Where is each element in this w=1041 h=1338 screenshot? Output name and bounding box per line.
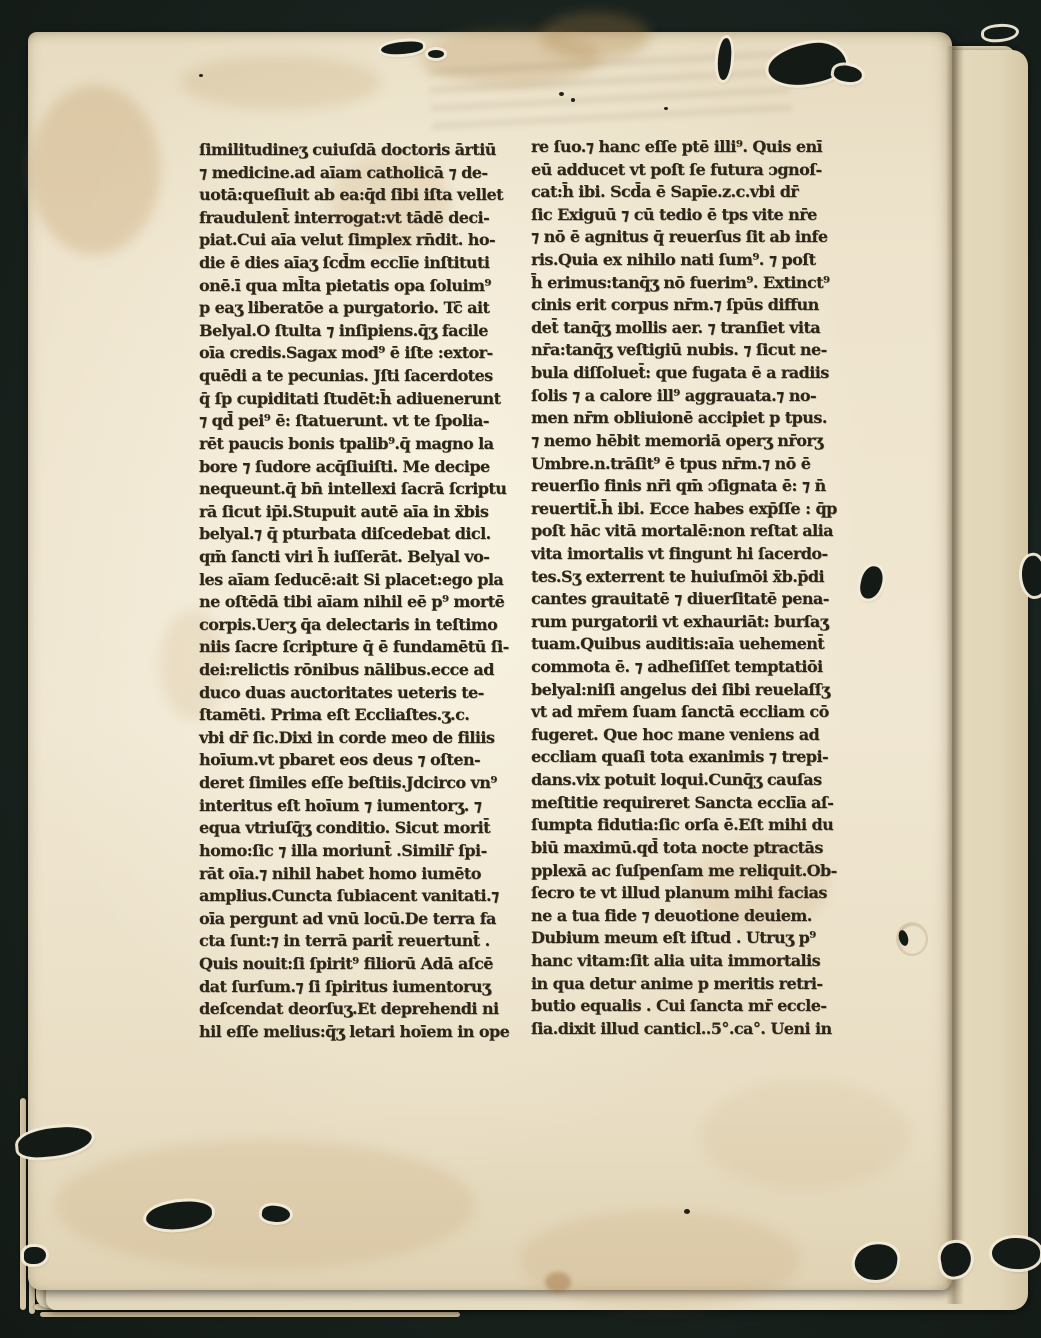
text-line: die ē dies aīaʒ ſcd̄m ecclīe inſtituti bbox=[199, 252, 544, 275]
text-line: cantes grauitatē ⁊ diuerſitatē pena- bbox=[531, 588, 876, 611]
text-line: rēt paucis bonis tpalib⁹.q̄ magno la bbox=[199, 433, 544, 456]
text-line: qm̄ ſancti viri h̄ iuſſerāt. Belyal vo- bbox=[199, 546, 544, 569]
text-line: cat:h̄ ibi. Scd̄a ē Sapīe.z.c.vbi dr̄ bbox=[531, 181, 876, 204]
text-line: les aīam ſeducē:ait Si placet:ego pla bbox=[199, 569, 544, 592]
stain bbox=[55, 1140, 475, 1270]
text-line: belyal:niſi angelus dei ſibi reuelaſſʒ bbox=[531, 679, 876, 702]
text-line: bula diſſoluet̄: que fugata ē a radiis bbox=[531, 362, 876, 385]
text-line: pplexā ac ſuſpenſam me reliquit.Ob- bbox=[531, 860, 876, 883]
text-line: niis ſacre ſcripture q̄ ē fundamētū ſi- bbox=[199, 636, 544, 659]
text-line: q̄ ſp cupiditati ſtudēt:h̄ adiuenerunt bbox=[199, 388, 544, 411]
photo-background: ſimilitudineʒ cuiuſdā doctoris ārtiū⁊ me… bbox=[0, 0, 1041, 1338]
stacked-page-edge bbox=[20, 1098, 26, 1310]
text-line: ⁊ nō ē agnitus q̄ reuerſus ſit ab infe bbox=[531, 226, 876, 249]
text-line: amplius.Cuncta ſubiacent vanitati.⁊ bbox=[199, 885, 544, 908]
text-line: ⁊ medicine.ad aīam catholicā ⁊ de- bbox=[199, 162, 544, 185]
text-line: ſia.dixit illud canticl..5°.ca°. Ueni in bbox=[531, 1018, 876, 1041]
text-line: vita imortalis vt fingunt hi ſacerdo- bbox=[531, 543, 876, 566]
text-line: hil eſſe melius:q̄ʒ letari hoīem in ope bbox=[199, 1021, 544, 1044]
text-column-right: re ſuo.⁊ hanc eſſe ptē illi⁹. Quis enīeū… bbox=[531, 136, 876, 1040]
text-line: re ſuo.⁊ hanc eſſe ptē illi⁹. Quis enī bbox=[531, 136, 876, 159]
page-fold-edge bbox=[946, 46, 964, 1304]
text-line: men nr̄m obliuionē accipiet p tpus. bbox=[531, 407, 876, 430]
text-line: onē.ī qua ml̄ta pietatis opa ſoluim⁹ bbox=[199, 275, 544, 298]
text-line: reuertit̄.h̄ ibi. Ecce habes exp̄ſſe : q… bbox=[531, 498, 876, 521]
text-line: quēdi a te pecunias. Jſti ſacerdotes bbox=[199, 365, 544, 388]
ink-speck bbox=[199, 74, 203, 77]
text-line: vbi dr̄ ſic.Dixi in corde meo de filiis bbox=[199, 727, 544, 750]
text-line: fraudulent̄ interrogat:vt tādē deci- bbox=[199, 207, 544, 230]
text-line: deſcendat deorſuʒ.Et deprehendi ni bbox=[199, 998, 544, 1021]
text-line: interitus eſt hoīum ⁊ iumentorʒ. ⁊ bbox=[199, 795, 544, 818]
text-line: equa vtriuſq̄ʒ conditio. Sicut morit̄ bbox=[199, 817, 544, 840]
text-line: hoīum.vt pbaret eos deus ⁊ oſten- bbox=[199, 749, 544, 772]
text-line: vt ad mr̄em ſuam ſanctā eccliam cō bbox=[531, 701, 876, 724]
text-line: Quis nouit:ſi ſpirit⁹ filiorū Adā aſcē bbox=[199, 953, 544, 976]
stain bbox=[180, 55, 380, 110]
text-line: homo:ſic ⁊ illa moriunt̄ .Similr̄ ſpi- bbox=[199, 840, 544, 863]
text-line: rum purgatorii vt exhauriāt: burſaʒ bbox=[531, 611, 876, 634]
stain bbox=[545, 1272, 571, 1292]
text-line: reuerſio finis nr̄i qm̄ ɔſignata ē: ⁊ n̄ bbox=[531, 475, 876, 498]
text-line: corpis.Uerʒ q̄a delectaris in teſtimo bbox=[199, 614, 544, 637]
text-line: belyal.⁊ q̄ pturbata diſcedebat dicl. bbox=[199, 523, 544, 546]
text-line: fugeret. Que hoc mane veniens ad bbox=[531, 724, 876, 747]
text-line: oīa credis.Sagax mod⁹ ē iſte :extor- bbox=[199, 342, 544, 365]
text-line: dat ſurſum.⁊ ſi ſpiritus iumentoruʒ bbox=[199, 976, 544, 999]
text-line: hanc vitam:ſit alia uita immortalis bbox=[531, 950, 876, 973]
text-line: ne oſtēdā tibi aīam nihil eē p⁹ mortē bbox=[199, 591, 544, 614]
text-line: uotā:queſiuit ab ea:q̄d ſibi iſta vellet bbox=[199, 184, 544, 207]
stain bbox=[540, 12, 650, 60]
text-line: poſt hāc vitā mortalē:non reſtat alia bbox=[531, 520, 876, 543]
text-line: ⁊ qd̄ pei⁹ ē: ſtatuerunt. vt te ſpolia- bbox=[199, 410, 544, 433]
text-line: ris.Quia ex nihilo nati ſum⁹. ⁊ poſt bbox=[531, 249, 876, 272]
text-line: deret ſimiles eſſe beſtiis.Jdcirco vn⁹ bbox=[199, 772, 544, 795]
text-line: Belyal.O ſtulta ⁊ inſipiens.q̄ʒ facile bbox=[199, 320, 544, 343]
text-line: nequeunt.q̄ bn̄ intellexi ſacrā ſcriptu bbox=[199, 478, 544, 501]
text-line: eū adducet vt poſt ſe futura ɔgnoſ- bbox=[531, 159, 876, 182]
wormhole bbox=[428, 50, 444, 58]
text-line: oīa pergunt ad vnū locū.De terra fa bbox=[199, 908, 544, 931]
text-line: bore ⁊ ſudore acq̄ſiuiſti. Me decipe bbox=[199, 456, 544, 479]
text-line: meſtitie requireret Sancta ecclīa aſ- bbox=[531, 792, 876, 815]
text-line: cinis erit corpus nr̄m.⁊ ſpūs diffun bbox=[531, 294, 876, 317]
text-line: ſic Exiguū ⁊ cū tedio ē tps vite nr̄e bbox=[531, 204, 876, 227]
text-line: tuam.Quibus auditis:aīa uehement̄ bbox=[531, 633, 876, 656]
text-column-left: ſimilitudineʒ cuiuſdā doctoris ārtiū⁊ me… bbox=[199, 139, 544, 1043]
text-line: det̄ tanq̄ʒ mollis aer. ⁊ tranſiet vita bbox=[531, 317, 876, 340]
text-line: ⁊ nemo hēbit memoriā operʒ nr̄orʒ bbox=[531, 430, 876, 453]
text-line: cta ſunt:⁊ in terrā parit̄ reuertunt̄ . bbox=[199, 930, 544, 953]
text-line: Dubium meum eſt iſtud . Utruʒ p⁹ bbox=[531, 927, 876, 950]
text-line: rā ſicut ip̄i.Stupuit autē aīa in x̄bis bbox=[199, 501, 544, 524]
stain bbox=[30, 85, 160, 255]
text-line: biū maximū.qd̄ tota nocte ptractās bbox=[531, 837, 876, 860]
text-line: dei:relictis rōnibus nālibus.ecce ad bbox=[199, 659, 544, 682]
text-line: ſolis ⁊ a calore ill⁹ aggrauata.⁊ no- bbox=[531, 385, 876, 408]
text-line: eccliam quaſi tota exanimis ⁊ trepi- bbox=[531, 746, 876, 769]
text-line: ſumpta fidutia:ſic orſa ē.Eſt mihi du bbox=[531, 814, 876, 837]
text-line: ſtamēti. Prima eſt Eccliaſtes.ʒ.c. bbox=[199, 704, 544, 727]
text-line: ſecro te vt illud planum mihi facias bbox=[531, 882, 876, 905]
text-line: rāt oīa.⁊ nihil habet homo iumēto bbox=[199, 863, 544, 886]
text-line: duco duas auctoritates ueteris te- bbox=[199, 682, 544, 705]
text-line: nr̄a:tanq̄ʒ veſtigiū nubis. ⁊ ſicut ne- bbox=[531, 339, 876, 362]
stacked-page-edge bbox=[40, 1312, 460, 1317]
stain bbox=[700, 1080, 910, 1190]
text-line: piat.Cui aīa velut ſimplex rn̄dit. ho- bbox=[199, 229, 544, 252]
text-line: commota ē. ⁊ adheſiſſet temptatiōi bbox=[531, 656, 876, 679]
text-line: tes.Sʒ exterrent te huiuſmōi x̄b.p̄di bbox=[531, 566, 876, 589]
text-line: Umbre.n.trāſit⁹ ē tpus nr̄m.⁊ nō ē bbox=[531, 453, 876, 476]
ink-speck bbox=[559, 92, 564, 96]
text-line: ne a tua fide ⁊ deuotione deuiem. bbox=[531, 905, 876, 928]
text-line: ſimilitudineʒ cuiuſdā doctoris ārtiū bbox=[199, 139, 544, 162]
ink-speck bbox=[664, 107, 668, 110]
text-line: p eaʒ liberatōe a purgatorio. Tc̄ ait bbox=[199, 297, 544, 320]
ink-speck bbox=[684, 1209, 690, 1214]
stain bbox=[520, 1210, 800, 1310]
ink-speck bbox=[571, 98, 575, 102]
text-line: h̄ erimus:tanq̄ʒ nō fuerim⁹. Extinct⁹ bbox=[531, 272, 876, 295]
wormhole bbox=[984, 26, 1017, 40]
text-line: dans.vix potuit loqui.Cunq̄ʒ cauſas bbox=[531, 769, 876, 792]
text-line: butio equalis . Cui ſancta mr̄ eccle- bbox=[531, 995, 876, 1018]
text-line: in qua detur anime p meritis retri- bbox=[531, 973, 876, 996]
